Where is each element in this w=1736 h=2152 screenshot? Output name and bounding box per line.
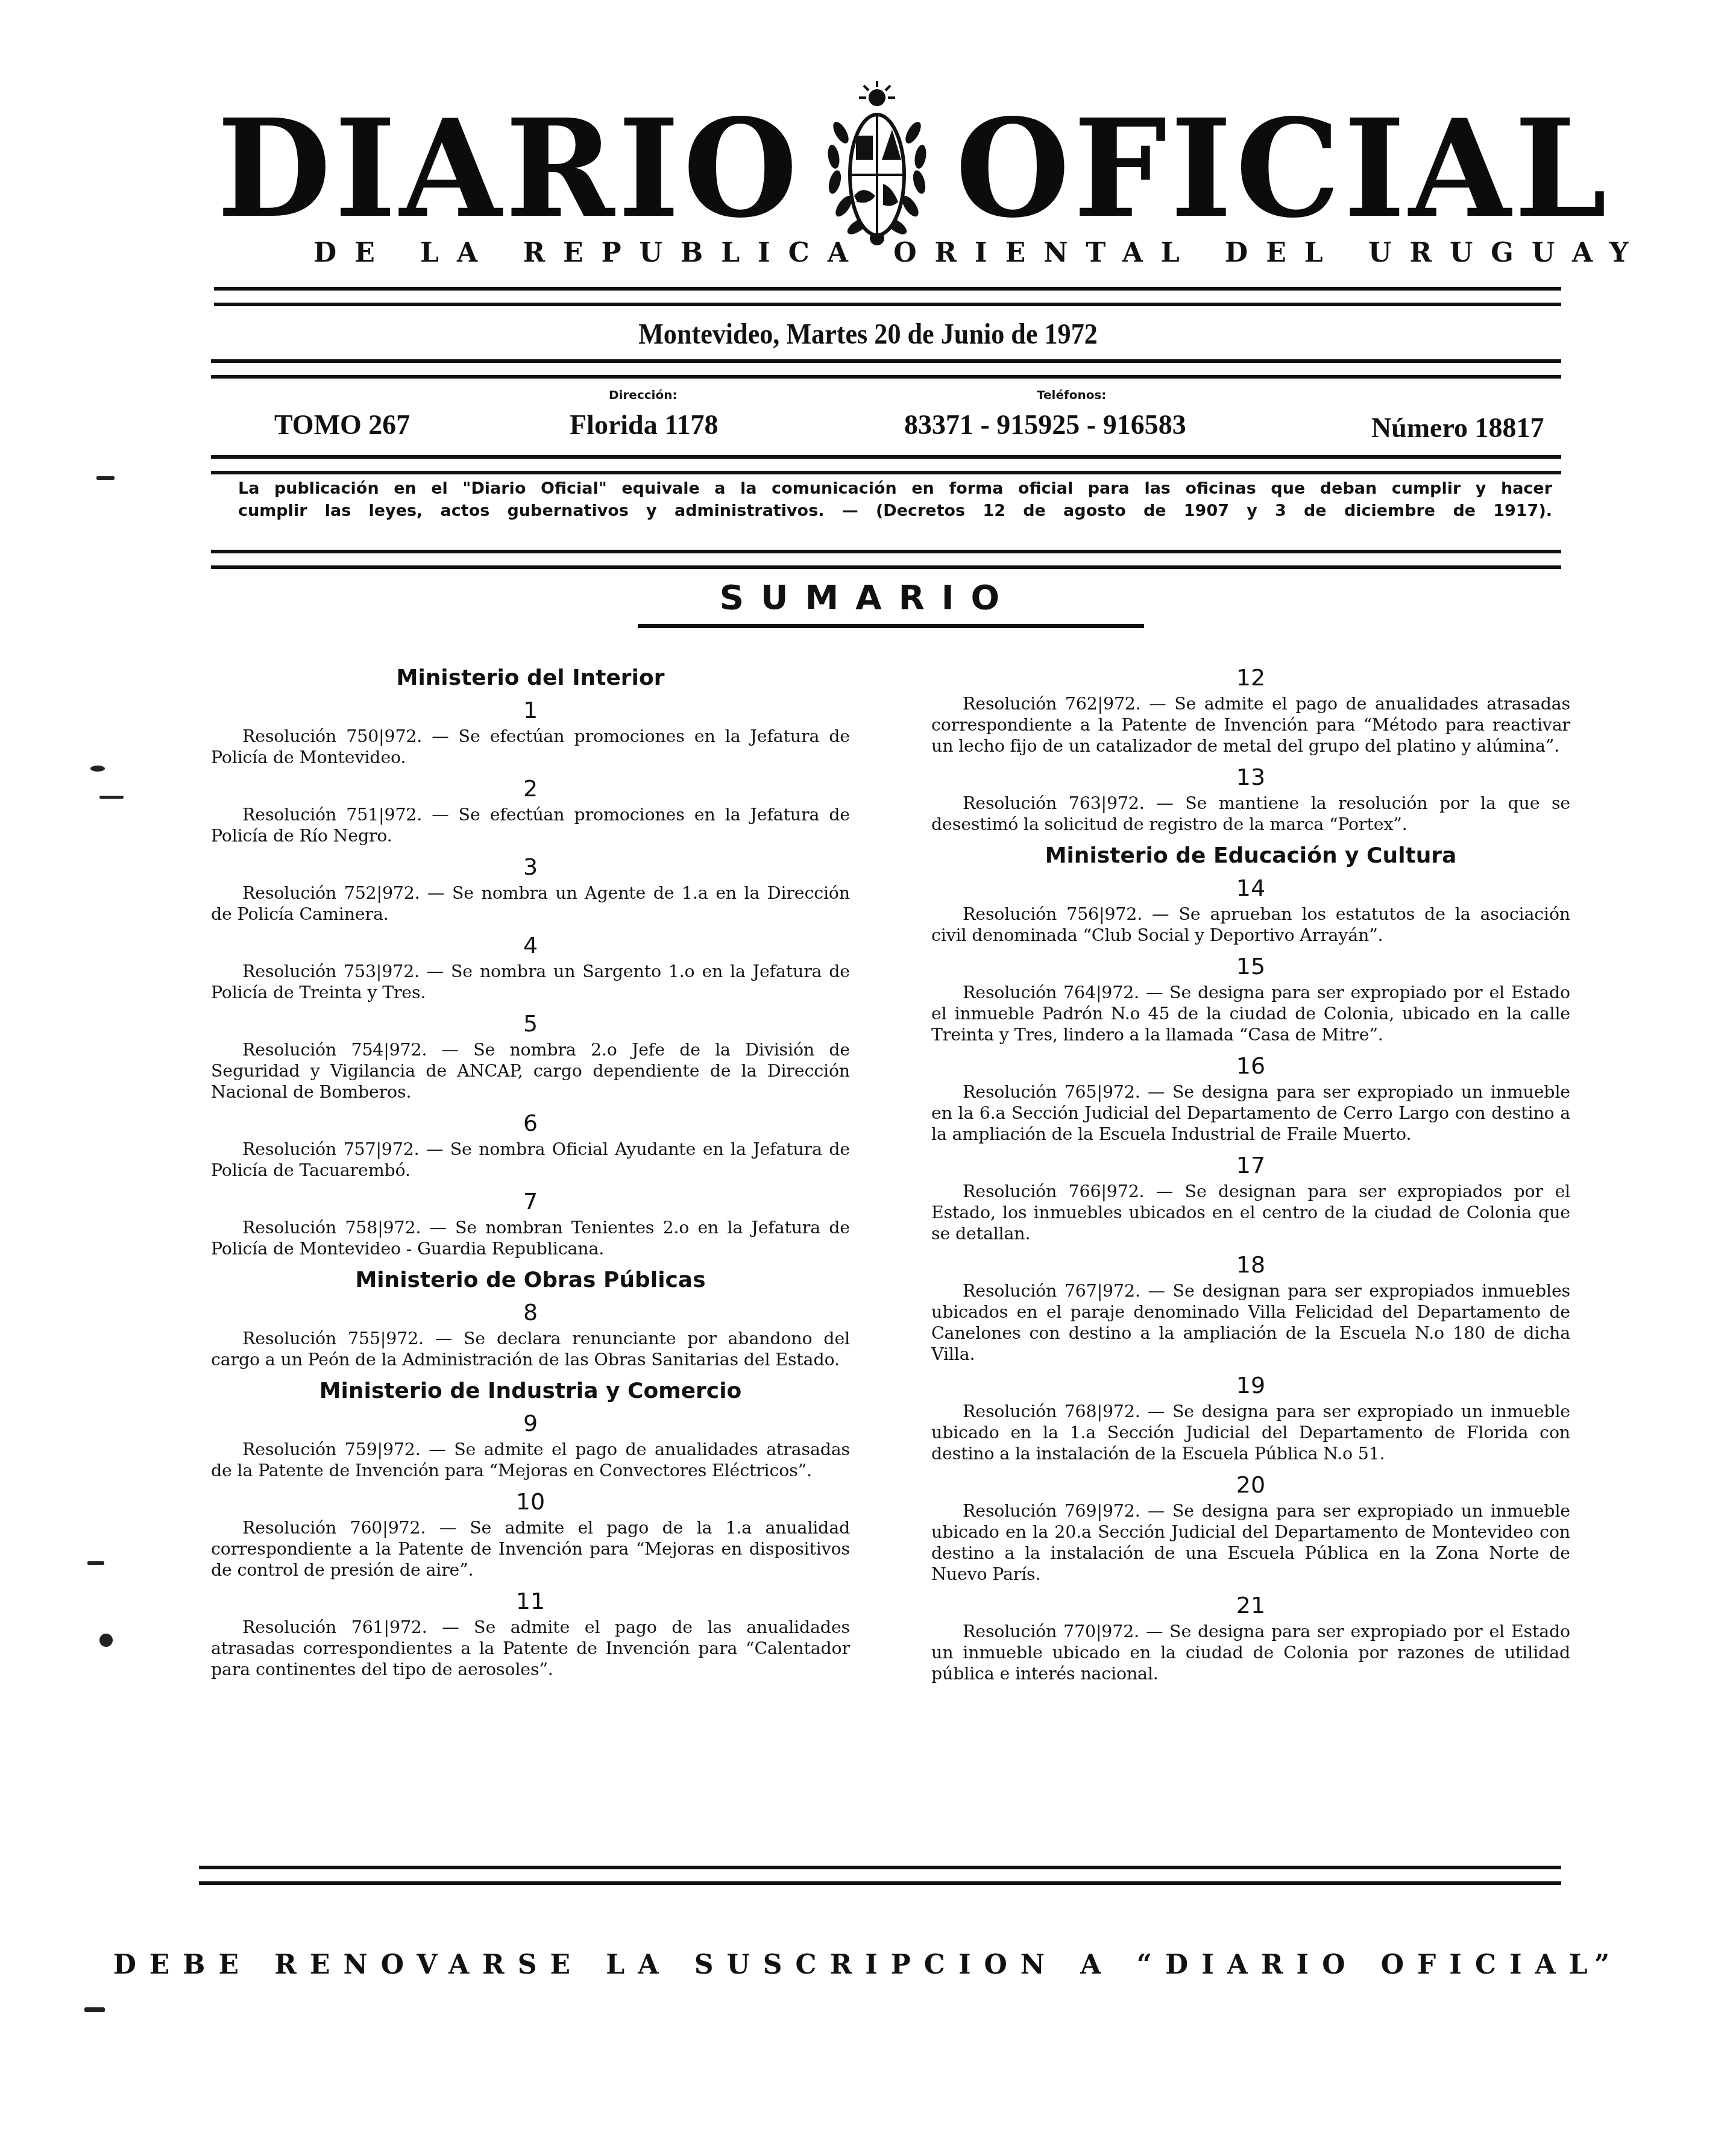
resolution-entry: Resolución 756|972. — Se aprueban los es… bbox=[931, 904, 1570, 946]
item-number: 12 bbox=[931, 663, 1570, 692]
item-number: 5 bbox=[211, 1009, 850, 1038]
item-number: 16 bbox=[931, 1051, 1570, 1080]
divider-rule bbox=[214, 287, 1561, 306]
resolution-entry: Resolución 762|972. — Se admite el pago … bbox=[931, 693, 1570, 757]
sumario-heading: SUMARIO bbox=[0, 574, 1736, 622]
scan-artifact bbox=[90, 766, 105, 772]
telefonos-label: Teléfonos: bbox=[1037, 386, 1106, 404]
divider-rule bbox=[211, 359, 1561, 379]
legal-notice-line-1: La publicación en el "Diario Oficial" eq… bbox=[238, 477, 1552, 500]
direccion-value: Florida 1178 bbox=[570, 407, 719, 443]
item-number: 7 bbox=[211, 1187, 850, 1216]
resolution-entry: Resolución 763|972. — Se mantiene la res… bbox=[931, 793, 1570, 835]
item-number: 18 bbox=[931, 1250, 1570, 1279]
item-number: 9 bbox=[211, 1409, 850, 1438]
dateline: Montevideo, Martes 20 de Junio de 1972 bbox=[69, 313, 1667, 356]
ministry-heading: Ministerio de Obras Públicas bbox=[211, 1265, 850, 1295]
item-number: 13 bbox=[931, 763, 1570, 791]
resolution-entry: Resolución 757|972. — Se nombra Oficial … bbox=[211, 1139, 850, 1181]
scan-artifact bbox=[96, 476, 115, 480]
item-number: 19 bbox=[931, 1371, 1570, 1400]
resolution-entry: Resolución 768|972. — Se designa para se… bbox=[931, 1401, 1570, 1464]
resolution-entry: Resolución 752|972. — Se nombra un Agent… bbox=[211, 883, 850, 925]
divider-rule bbox=[199, 1866, 1561, 1885]
ministry-heading: Ministerio del Interior bbox=[211, 663, 850, 693]
numero-label: Número 18817 bbox=[1371, 410, 1544, 446]
telefonos-value: 83371 - 915925 - 916583 bbox=[904, 407, 1186, 443]
summary-column-left: Ministerio del Interior1Resolución 750|9… bbox=[211, 663, 850, 1686]
scan-artifact bbox=[84, 2007, 105, 2012]
ministry-heading: Ministerio de Educación y Cultura bbox=[931, 841, 1570, 871]
item-number: 4 bbox=[211, 931, 850, 960]
divider-rule bbox=[211, 550, 1561, 569]
masthead-subtitle: DE LA REPUBLICA ORIENTAL DEL URUGUAY bbox=[313, 232, 1519, 274]
divider-rule bbox=[211, 455, 1561, 474]
item-number: 21 bbox=[931, 1591, 1570, 1620]
item-number: 15 bbox=[931, 952, 1570, 981]
resolution-entry: Resolución 769|972. — Se designa para se… bbox=[931, 1500, 1570, 1585]
resolution-entry: Resolución 764|972. — Se designa para se… bbox=[931, 982, 1570, 1045]
item-number: 17 bbox=[931, 1151, 1570, 1180]
resolution-entry: Resolución 755|972. — Se declara renunci… bbox=[211, 1328, 850, 1370]
item-number: 14 bbox=[931, 873, 1570, 902]
masthead: DIARIO OFICIAL bbox=[217, 96, 1573, 241]
resolution-entry: Resolución 760|972. — Se admite el pago … bbox=[211, 1517, 850, 1581]
resolution-entry: Resolución 751|972. — Se efectúan promoc… bbox=[211, 804, 850, 846]
resolution-entry: Resolución 753|972. — Se nombra un Sarge… bbox=[211, 961, 850, 1003]
resolution-entry: Resolución 767|972. — Se designan para s… bbox=[931, 1280, 1570, 1365]
resolution-entry: Resolución 759|972. — Se admite el pago … bbox=[211, 1439, 850, 1481]
scan-artifact bbox=[87, 1561, 104, 1565]
ministry-heading: Ministerio de Industria y Comercio bbox=[211, 1376, 850, 1406]
resolution-entry: Resolución 750|972. — Se efectúan promoc… bbox=[211, 726, 850, 768]
resolution-entry: Resolución 765|972. — Se designa para se… bbox=[931, 1081, 1570, 1145]
resolution-entry: Resolución 761|972. — Se admite el pago … bbox=[211, 1617, 850, 1680]
masthead-title-left: DIARIO bbox=[217, 95, 801, 243]
resolution-entry: Resolución 770|972. — Se designa para se… bbox=[931, 1621, 1570, 1684]
subscription-footer: DEBE RENOVARSE LA SUSCRIPCION A “DIARIO … bbox=[0, 1944, 1736, 1986]
summary-column-right: 12Resolución 762|972. — Se admite el pag… bbox=[931, 663, 1570, 1690]
resolution-entry: Resolución 754|972. — Se nombra 2.o Jefe… bbox=[211, 1039, 850, 1103]
direccion-label: Dirección: bbox=[609, 386, 677, 404]
legal-notice-line-2: cumplir las leyes, actos gubernativos y … bbox=[238, 500, 1552, 522]
item-number: 10 bbox=[211, 1487, 850, 1516]
item-number: 20 bbox=[931, 1470, 1570, 1499]
item-number: 1 bbox=[211, 696, 850, 725]
item-number: 11 bbox=[211, 1587, 850, 1616]
item-number: 3 bbox=[211, 852, 850, 881]
legal-notice: La publicación en el "Diario Oficial" eq… bbox=[238, 477, 1552, 522]
resolution-entry: Resolución 758|972. — Se nombran Tenient… bbox=[211, 1217, 850, 1259]
sumario-underline bbox=[638, 624, 1144, 628]
scan-artifact bbox=[99, 796, 124, 799]
item-number: 6 bbox=[211, 1109, 850, 1137]
resolution-entry: Resolución 766|972. — Se designan para s… bbox=[931, 1181, 1570, 1244]
masthead-title-right: OFICIAL bbox=[955, 95, 1611, 243]
tomo-label: TOMO 267 bbox=[274, 407, 410, 443]
scan-artifact bbox=[99, 1634, 113, 1647]
item-number: 8 bbox=[211, 1298, 850, 1327]
item-number: 2 bbox=[211, 774, 850, 803]
